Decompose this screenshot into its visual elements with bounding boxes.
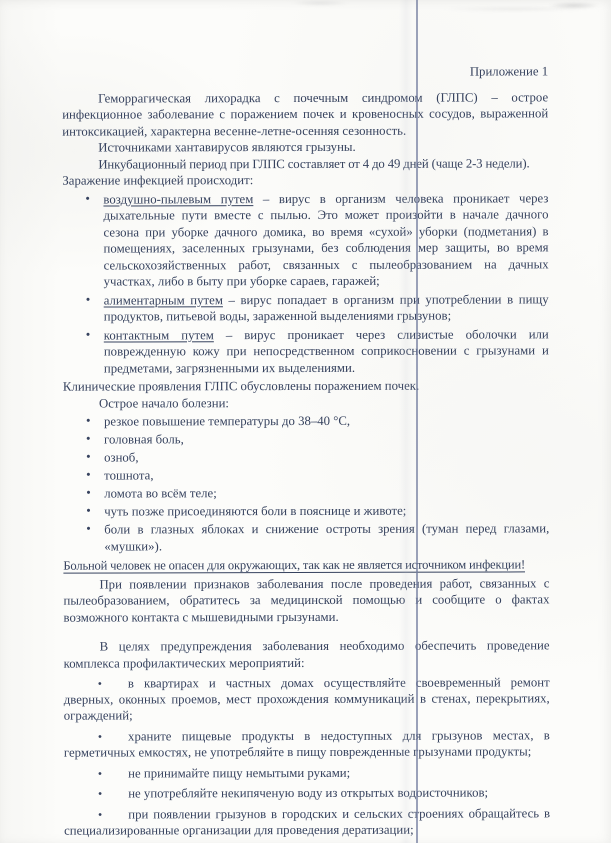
bullet-icon <box>98 677 102 691</box>
clinical-paragraph: Клинические проявления ГЛПС обусловлены … <box>63 377 549 395</box>
prevention-item: храните пищевые продукты в недоступных д… <box>64 728 550 761</box>
prevention-item-text: храните пищевые продукты в недоступных д… <box>64 728 550 759</box>
symptoms-list: резкое повышение температуры до 38–40 °С… <box>63 412 549 554</box>
prevention-item-text: не принимайте пищу немытыми руками; <box>128 765 350 780</box>
bullet-icon <box>98 808 102 822</box>
prevention-item-text: в квартирах и частных домах осуществляйт… <box>64 675 550 722</box>
incubation-paragraph: Инкубационный период при ГЛПС составляет… <box>62 155 548 173</box>
symptom-item: озноб, <box>104 448 549 466</box>
prevention-item: не употребляйте некипяченую воду из откр… <box>64 786 550 803</box>
scan-fold-shadow <box>399 0 413 843</box>
sources-paragraph: Источниками хантавирусов являются грызун… <box>62 138 548 156</box>
warning-line: Больной человек не опасен для окружающих… <box>63 556 549 574</box>
symptom-item: тошнота, <box>104 466 549 484</box>
route-item-alimentary: алиментарным путем – вирус попадает в ор… <box>104 291 549 325</box>
prevention-item-text: при появлении грызунов в городских и сел… <box>64 807 550 838</box>
advice-paragraph: При появлении признаков заболевания посл… <box>63 575 549 626</box>
symptom-item: резкое повышение температуры до 38–40 °С… <box>104 412 549 430</box>
prevention-item: при появлении грызунов в городских и сел… <box>64 807 550 840</box>
scanned-document-page: { "page": { "appendix_label": "Приложени… <box>0 0 611 843</box>
infection-routes-list: воздушно-пылевым путем – вирус в организ… <box>62 190 548 377</box>
prevention-intro: В целях предупреждения заболевания необх… <box>64 637 550 671</box>
prevention-item-text: не употребляйте некипяченую воду из откр… <box>128 786 488 801</box>
bullet-icon <box>98 787 102 801</box>
symptom-item: чуть позже присоединяются боли в поясниц… <box>104 502 549 520</box>
prevention-item: не принимайте пищу немытыми руками; <box>64 765 550 782</box>
routes-heading: Заражение инфекцией происходит: <box>62 171 548 189</box>
intro-paragraph: Геморрагическая лихорадка с почечным син… <box>62 89 548 140</box>
appendix-label: Приложение 1 <box>62 63 548 81</box>
route-item-airborne: воздушно-пылевым путем – вирус в организ… <box>103 190 548 290</box>
route-lead-underlined: контактным путем <box>104 328 214 342</box>
route-lead-underlined: воздушно-пылевым путем <box>103 192 253 206</box>
scan-smudge <box>290 0 350 6</box>
symptom-item: боли в глазных яблоках и снижение острот… <box>104 520 549 554</box>
symptom-item: головная боль, <box>104 430 549 448</box>
prevention-item: в квартирах и частных домах осуществляйт… <box>64 675 550 724</box>
route-item-contact: контактным путем – вирус проникает через… <box>104 326 549 377</box>
bullet-icon <box>98 729 102 743</box>
bullet-icon <box>98 766 102 780</box>
scan-fold-line <box>416 0 418 843</box>
onset-heading: Острое начало болезни: <box>63 394 549 412</box>
route-lead-underlined: алиментарным путем <box>104 293 223 307</box>
scan-smudge <box>440 6 590 12</box>
document-body: Приложение 1 Геморрагическая лихорадка с… <box>62 0 550 840</box>
symptom-item: ломота во всём теле; <box>104 484 549 502</box>
